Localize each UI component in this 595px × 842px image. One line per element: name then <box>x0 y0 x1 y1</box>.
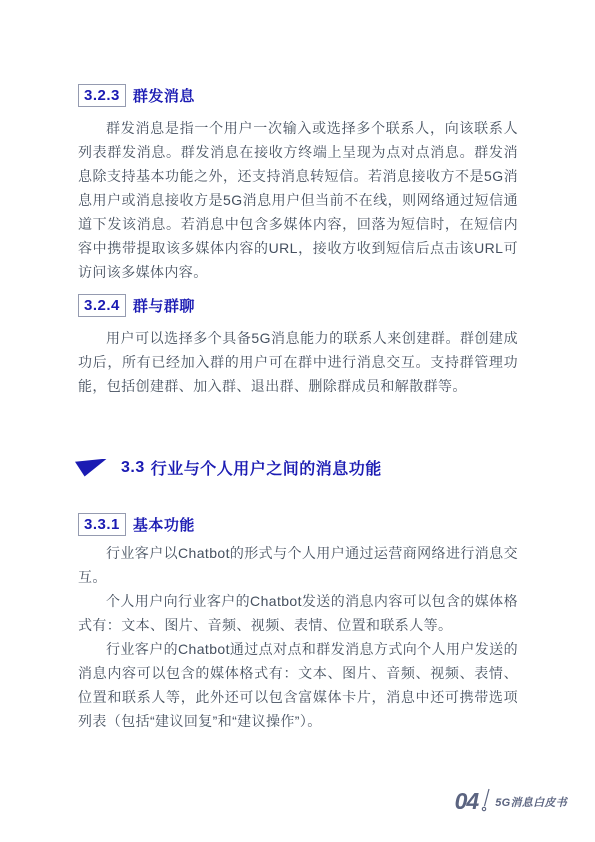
footer-divider-icon <box>480 787 492 813</box>
section-number-box: 3.3.1 <box>78 513 126 536</box>
section-title: 群发消息 <box>133 85 195 106</box>
page-number: 04 <box>455 789 479 813</box>
section-title: 群与群聊 <box>133 295 195 316</box>
section-number-box: 3.2.3 <box>78 84 126 107</box>
section-heading-3-2-3: 3.2.3 群发消息 <box>78 84 195 107</box>
section-number-box: 3.2.4 <box>78 294 126 317</box>
document-page: 3.2.3 群发消息 群发消息是指一个用户一次输入或选择多个联系人，向该联系人列… <box>0 0 595 842</box>
triangle-marker-icon <box>75 459 107 477</box>
paragraph: 群发消息是指一个用户一次输入或选择多个联系人，向该联系人列表群发消息。群发消息在… <box>78 116 518 284</box>
section-3-2-3-body: 群发消息是指一个用户一次输入或选择多个联系人，向该联系人列表群发消息。群发消息在… <box>78 116 518 284</box>
page-footer: 04 5G消息白皮书 <box>455 787 567 813</box>
paragraph: 行业客户的Chatbot通过点对点和群发消息方式向个人用户发送的消息内容可以包含… <box>78 637 518 733</box>
section-3-2-4-body: 用户可以选择多个具备5G消息能力的联系人来创建群。群创建成功后，所有已经加入群的… <box>78 326 518 398</box>
paragraph: 个人用户向行业客户的Chatbot发送的消息内容可以包含的媒体格式有：文本、图片… <box>78 589 518 637</box>
section-title: 行业与个人用户之间的消息功能 <box>151 456 382 479</box>
section-heading-3-2-4: 3.2.4 群与群聊 <box>78 294 195 317</box>
section-heading-3-3-1: 3.3.1 基本功能 <box>78 513 195 536</box>
paragraph: 行业客户以Chatbot的形式与个人用户通过运营商网络进行消息交互。 <box>78 541 518 589</box>
section-title: 基本功能 <box>133 514 195 535</box>
paragraph: 用户可以选择多个具备5G消息能力的联系人来创建群。群创建成功后，所有已经加入群的… <box>78 326 518 398</box>
document-title: 5G消息白皮书 <box>495 796 567 811</box>
section-heading-3-3: 3.3 行业与个人用户之间的消息功能 <box>75 456 382 479</box>
section-number: 3.3 <box>121 459 145 477</box>
section-3-3-1-body: 行业客户以Chatbot的形式与个人用户通过运营商网络进行消息交互。 个人用户向… <box>78 541 518 733</box>
